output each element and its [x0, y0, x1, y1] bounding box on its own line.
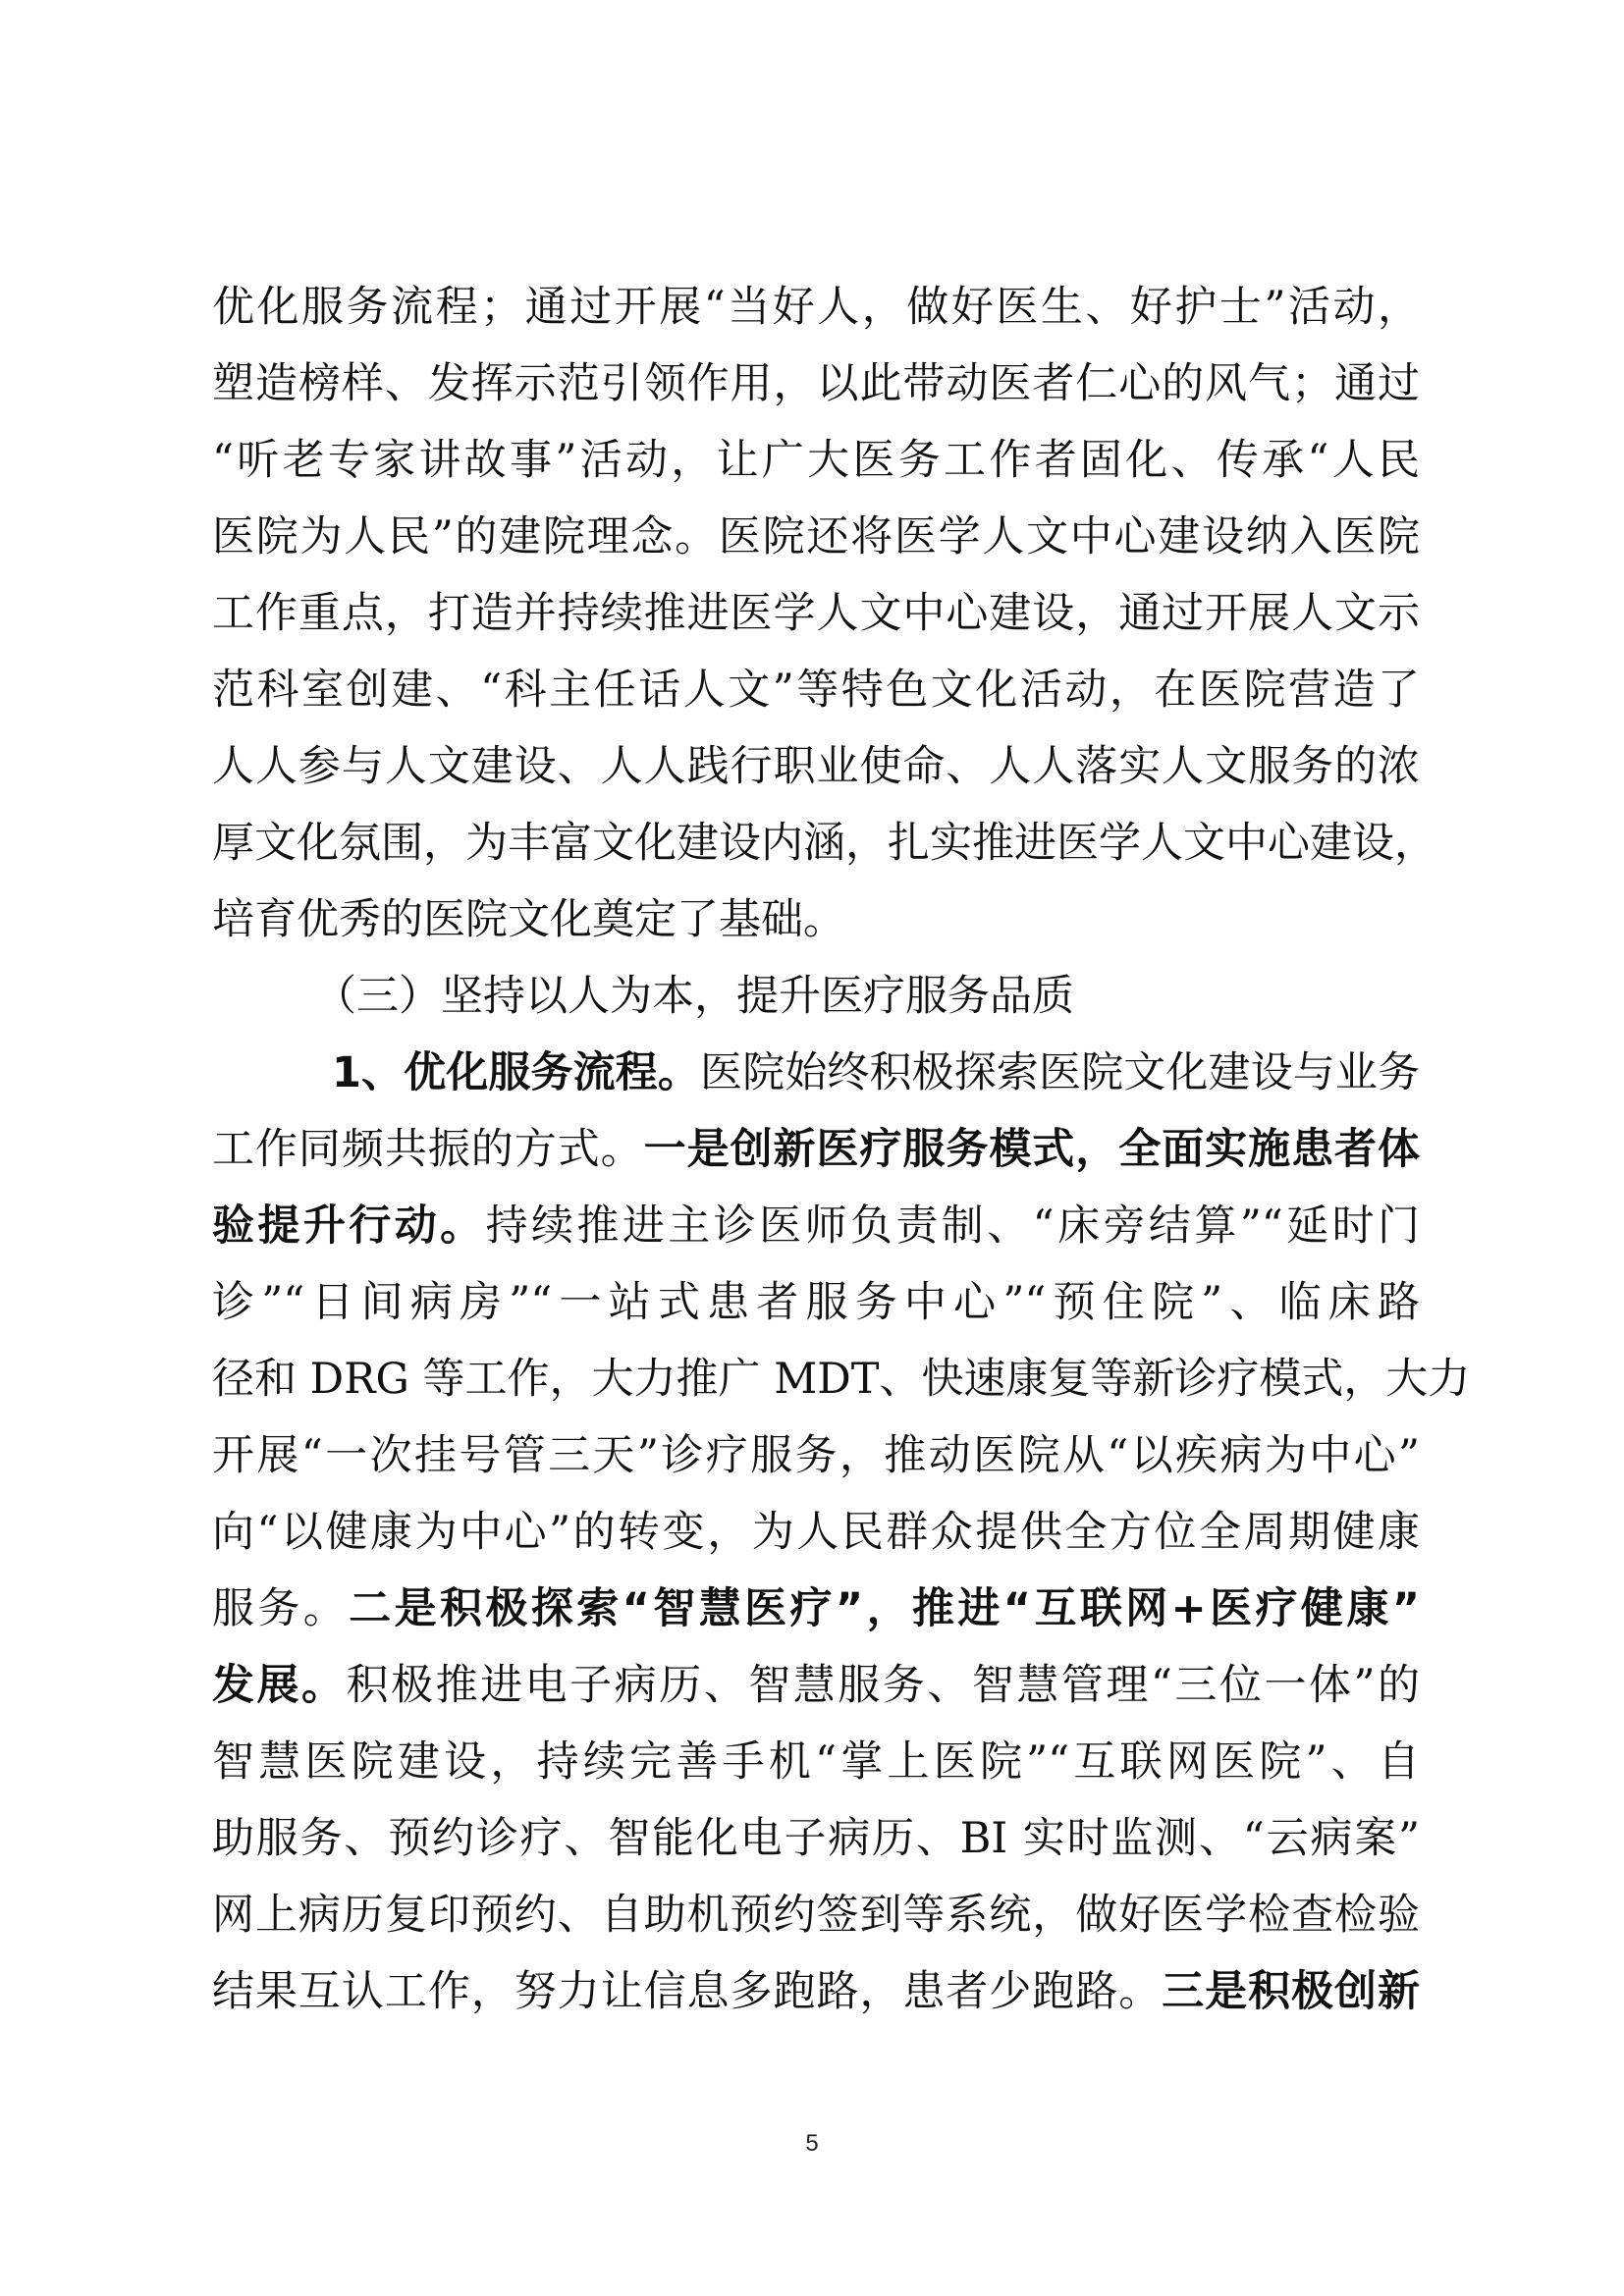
paragraph-culture-building: 优化服务流程；通过开展“当好人，做好医生、好护士”活动， 塑造榜样、发挥示范引领…: [212, 269, 1420, 958]
text-line: 塑造榜样、发挥示范引领作用，以此带动医者仁心的风气；通过: [212, 346, 1420, 422]
text-line: 医院为人民”的建院理念。医院还将医学人文中心建设纳入医院: [212, 499, 1420, 575]
normal-run: 服务。: [212, 1584, 349, 1633]
text-line: 优化服务流程；通过开展“当好人，做好医生、好护士”活动，: [212, 269, 1420, 346]
text-line: 服务。二是积极探索“智慧医疗”，推进“互联网+医疗健康”: [212, 1571, 1420, 1647]
text-line: 开展“一次挂号管三天”诊疗服务，推动医院从“以疾病为中心”: [212, 1417, 1420, 1494]
normal-run: 工作同频共振的方式。: [212, 1125, 644, 1174]
bold-run: 二是积极探索“智慧医疗”，推进“互联网+医疗健康”: [349, 1584, 1420, 1633]
text-line: 1、优化服务流程。医院始终积极探索医院文化建设与业务: [212, 1035, 1420, 1111]
text-line: 范科室创建、“科主任话人文”等特色文化活动，在医院营造了: [212, 652, 1420, 728]
bold-run: 1、优化服务流程。: [332, 1048, 700, 1097]
bold-run: 三是积极创新: [1162, 1967, 1420, 2016]
normal-run: 结果互认工作，努力让信息多跑路，患者少跑路。: [212, 1967, 1162, 2016]
text-line: 厚文化氛围，为丰富文化建设内涵，扎实推进医学人文中心建设，: [212, 805, 1420, 881]
text-line: 网上病历复印预约、自助机预约签到等系统，做好医学检查检验: [212, 1877, 1420, 1953]
section-heading: （三）坚持以人为本，提升医疗服务品质: [212, 958, 1420, 1035]
text-line: 径和 DRG 等工作，大力推广 MDT、快速康复等新诊疗模式，大力: [212, 1341, 1420, 1417]
normal-run: 医院始终积极探索医院文化建设与业务: [700, 1048, 1420, 1097]
text-line: “听老专家讲故事”活动，让广大医务工作者固化、传承“人民: [212, 422, 1420, 499]
normal-run: 积极推进电子病历、智慧服务、智慧管理“三位一体”的: [347, 1661, 1420, 1710]
text-line: 工作同频共振的方式。一是创新医疗服务模式，全面实施患者体: [212, 1111, 1420, 1188]
text-line: 诊”“日间病房”“一站式患者服务中心”“预住院”、临床路: [212, 1264, 1420, 1341]
text-line: 向“以健康为中心”的转变，为人民群众提供全方位全周期健康: [212, 1494, 1420, 1571]
bold-run: 发展。: [212, 1661, 347, 1710]
text-line: 发展。积极推进电子病历、智慧服务、智慧管理“三位一体”的: [212, 1647, 1420, 1724]
text-line: 工作重点，打造并持续推进医学人文中心建设，通过开展人文示: [212, 575, 1420, 652]
bold-run: 验提升行动。: [212, 1201, 486, 1251]
text-line: 结果互认工作，努力让信息多跑路，患者少跑路。三是积极创新: [212, 1953, 1420, 2030]
text-line: 培育优秀的医院文化奠定了基础。: [212, 881, 1420, 958]
page-number: 5: [0, 2130, 1624, 2158]
paragraph-optimize-service: 1、优化服务流程。医院始终积极探索医院文化建设与业务 工作同频共振的方式。一是创…: [212, 1035, 1420, 2030]
text-line: 验提升行动。持续推进主诊医师负责制、“床旁结算”“延时门: [212, 1188, 1420, 1264]
text-line: 助服务、预约诊疗、智能化电子病历、BI 实时监测、“云病案”: [212, 1800, 1420, 1877]
bold-run: 一是创新医疗服务模式，全面实施患者体: [644, 1125, 1420, 1174]
document-page: 优化服务流程；通过开展“当好人，做好医生、好护士”活动， 塑造榜样、发挥示范引领…: [212, 269, 1420, 2030]
normal-run: 持续推进主诊医师负责制、“床旁结算”“延时门: [486, 1201, 1420, 1251]
text-line: 人人参与人文建设、人人践行职业使命、人人落实人文服务的浓: [212, 728, 1420, 805]
text-line: 智慧医院建设，持续完善手机“掌上医院”“互联网医院”、自: [212, 1724, 1420, 1800]
